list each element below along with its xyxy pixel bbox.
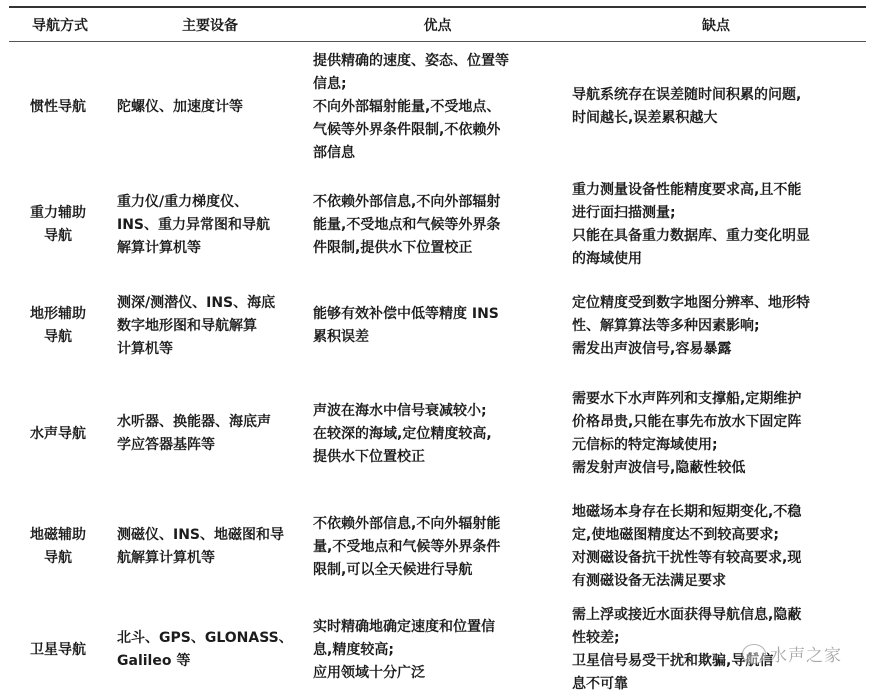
cell-method: 地形辅助 导航	[9, 278, 111, 374]
cell-line: 卫星导航	[11, 639, 105, 662]
cell-line: 时间越长,误差累积越大	[572, 107, 846, 130]
watermark-text: 水声之家	[770, 641, 842, 666]
cell-line: Galileo 等	[117, 650, 299, 673]
cell-line: 计算机等	[117, 338, 299, 361]
cell-line: 价格昂贵,只能在事先布放水下固定阵	[572, 411, 846, 434]
navigation-comparison-table: 导航方式 主要设备 优点 缺点 惯性导航 陀螺仪、加速度计等 提供精确的速度、姿…	[9, 6, 866, 696]
cell-equipment: 重力仪/重力梯度仪、 INS、重力异常图和导航 解算计算机等	[111, 172, 309, 278]
cell-line: 息,精度较高;	[313, 639, 556, 662]
cell-line: 提供水下位置校正	[313, 446, 556, 469]
cell-line: 不向外部辐射能量,不受地点、	[313, 96, 556, 119]
cell-line: 只能在具备重力数据库、重力变化明显	[572, 225, 846, 248]
cell-line: 应用领域十分广泛	[313, 662, 556, 685]
cell-line: 气候等外界条件限制,不依赖外	[313, 119, 556, 142]
cell-line: 进行面扫描测量;	[572, 202, 846, 225]
cell-line: 重力测量设备性能精度要求高,且不能	[572, 179, 846, 202]
cell-equipment: 北斗、GPS、GLONASS、 Galileo 等	[111, 600, 309, 696]
cell-line: 定位精度受到数字地图分辨率、地形特	[572, 292, 846, 315]
cell-line: 部信息	[313, 142, 556, 165]
cell-line: 地磁场本身存在长期和短期变化,不稳	[572, 501, 846, 524]
cell-line: 重力辅助	[11, 202, 105, 225]
cell-line: 需发射声波信号,隐蔽性较低	[572, 457, 846, 480]
cell-line: 的海域使用	[572, 248, 846, 271]
cell-equipment: 水听器、换能器、海底声 学应答器基阵等	[111, 374, 309, 494]
cell-cons: 重力测量设备性能精度要求高,且不能 进行面扫描测量; 只能在具备重力数据库、重力…	[566, 172, 866, 278]
cell-line: 水听器、换能器、海底声	[117, 411, 299, 434]
cell-line: 导航	[11, 547, 105, 570]
cell-line: 测磁仪、INS、地磁图和导	[117, 524, 299, 547]
cell-line: 定,使地磁图精度达不到较高要求;	[572, 524, 846, 547]
header-method: 导航方式	[9, 7, 111, 42]
cell-line: 实时精确地确定速度和位置信	[313, 616, 556, 639]
cell-line: 解算计算机等	[117, 237, 299, 260]
cell-method: 重力辅助 导航	[9, 172, 111, 278]
cell-line: 信息;	[313, 73, 556, 96]
cell-line: 地磁辅助	[11, 524, 105, 547]
navigation-comparison-table-container: 导航方式 主要设备 优点 缺点 惯性导航 陀螺仪、加速度计等 提供精确的速度、姿…	[9, 6, 866, 696]
cell-line: 元信标的特定海域使用;	[572, 434, 846, 457]
cell-pros: 不依赖外部信息,不向外辐射能 量,不受地点和气候等外界条件 限制,可以全天候进行…	[309, 494, 566, 600]
cell-method: 卫星导航	[9, 600, 111, 696]
table-row: 地形辅助 导航 测深/测潜仪、INS、海底 数字地形图和导航解算 计算机等 能够…	[9, 278, 866, 374]
cell-cons: 需要水下水声阵列和支撑船,定期维护 价格昂贵,只能在事先布放水下固定阵 元信标的…	[566, 374, 866, 494]
header-pros: 优点	[309, 7, 566, 42]
cell-line: 地形辅助	[11, 303, 105, 326]
cell-line: 累积误差	[313, 326, 556, 349]
cell-line: 惯性导航	[11, 96, 105, 119]
cell-line: 导航	[11, 225, 105, 248]
cell-cons: 定位精度受到数字地图分辨率、地形特 性、解算算法等多种因素影响; 需发出声波信号…	[566, 278, 866, 374]
cell-pros: 声波在海水中信号衰减较小; 在较深的海域,定位精度较高, 提供水下位置校正	[309, 374, 566, 494]
cell-line: 有测磁设备无法满足要求	[572, 570, 846, 593]
cell-line: 需上浮或接近水面获得导航信息,隐蔽	[572, 604, 846, 627]
cell-line: 航解算计算机等	[117, 547, 299, 570]
header-cons: 缺点	[566, 7, 866, 42]
cell-line: 性、解算算法等多种因素影响;	[572, 315, 846, 338]
cell-line: 量,不受地点和气候等外界条件	[313, 536, 556, 559]
watermark: 水声之家	[742, 641, 842, 666]
table-row: 卫星导航 北斗、GPS、GLONASS、 Galileo 等 实时精确地确定速度…	[9, 600, 866, 696]
cell-line: 需要水下水声阵列和支撑船,定期维护	[572, 388, 846, 411]
wechat-icon	[742, 644, 766, 664]
cell-equipment: 测深/测潜仪、INS、海底 数字地形图和导航解算 计算机等	[111, 278, 309, 374]
cell-line: 能量,不受地点和气候等外界条	[313, 214, 556, 237]
cell-line: 对测磁设备抗干扰性等有较高要求,现	[572, 547, 846, 570]
header-row: 导航方式 主要设备 优点 缺点	[9, 7, 866, 42]
cell-pros: 实时精确地确定速度和位置信 息,精度较高; 应用领域十分广泛	[309, 600, 566, 696]
cell-equipment: 测磁仪、INS、地磁图和导 航解算计算机等	[111, 494, 309, 600]
cell-cons: 地磁场本身存在长期和短期变化,不稳 定,使地磁图精度达不到较高要求; 对测磁设备…	[566, 494, 866, 600]
cell-method: 地磁辅助 导航	[9, 494, 111, 600]
cell-line: 提供精确的速度、姿态、位置等	[313, 50, 556, 73]
cell-line: 导航系统存在误差随时间积累的问题,	[572, 84, 846, 107]
table-row: 惯性导航 陀螺仪、加速度计等 提供精确的速度、姿态、位置等 信息; 不向外部辐射…	[9, 42, 866, 173]
header-equipment: 主要设备	[111, 7, 309, 42]
table-header: 导航方式 主要设备 优点 缺点	[9, 7, 866, 42]
cell-line: 在较深的海域,定位精度较高,	[313, 423, 556, 446]
cell-line: 陀螺仪、加速度计等	[117, 96, 299, 119]
cell-method: 水声导航	[9, 374, 111, 494]
cell-line: 件限制,提供水下位置校正	[313, 237, 556, 260]
cell-line: 不依赖外部信息,不向外辐射能	[313, 513, 556, 536]
cell-cons: 导航系统存在误差随时间积累的问题, 时间越长,误差累积越大	[566, 42, 866, 173]
cell-line: 学应答器基阵等	[117, 434, 299, 457]
cell-pros: 能够有效补偿中低等精度 INS 累积误差	[309, 278, 566, 374]
table-row: 水声导航 水听器、换能器、海底声 学应答器基阵等 声波在海水中信号衰减较小; 在…	[9, 374, 866, 494]
cell-method: 惯性导航	[9, 42, 111, 173]
cell-line: 需发出声波信号,容易暴露	[572, 338, 846, 361]
cell-line: INS、重力异常图和导航	[117, 214, 299, 237]
cell-equipment: 陀螺仪、加速度计等	[111, 42, 309, 173]
table-row: 地磁辅助 导航 测磁仪、INS、地磁图和导 航解算计算机等 不依赖外部信息,不向…	[9, 494, 866, 600]
table-row: 重力辅助 导航 重力仪/重力梯度仪、 INS、重力异常图和导航 解算计算机等 不…	[9, 172, 866, 278]
cell-line: 不依赖外部信息,不向外部辐射	[313, 191, 556, 214]
cell-line: 数字地形图和导航解算	[117, 315, 299, 338]
cell-line: 限制,可以全天候进行导航	[313, 559, 556, 582]
cell-line: 水声导航	[11, 423, 105, 446]
cell-pros: 不依赖外部信息,不向外部辐射 能量,不受地点和气候等外界条 件限制,提供水下位置…	[309, 172, 566, 278]
cell-line: 重力仪/重力梯度仪、	[117, 191, 299, 214]
cell-line: 息不可靠	[572, 673, 846, 696]
cell-line: 声波在海水中信号衰减较小;	[313, 400, 556, 423]
cell-pros: 提供精确的速度、姿态、位置等 信息; 不向外部辐射能量,不受地点、 气候等外界条…	[309, 42, 566, 173]
cell-line: 测深/测潜仪、INS、海底	[117, 292, 299, 315]
cell-line: 北斗、GPS、GLONASS、	[117, 627, 299, 650]
cell-line: 能够有效补偿中低等精度 INS	[313, 303, 556, 326]
table-body: 惯性导航 陀螺仪、加速度计等 提供精确的速度、姿态、位置等 信息; 不向外部辐射…	[9, 42, 866, 696]
cell-line: 导航	[11, 326, 105, 349]
